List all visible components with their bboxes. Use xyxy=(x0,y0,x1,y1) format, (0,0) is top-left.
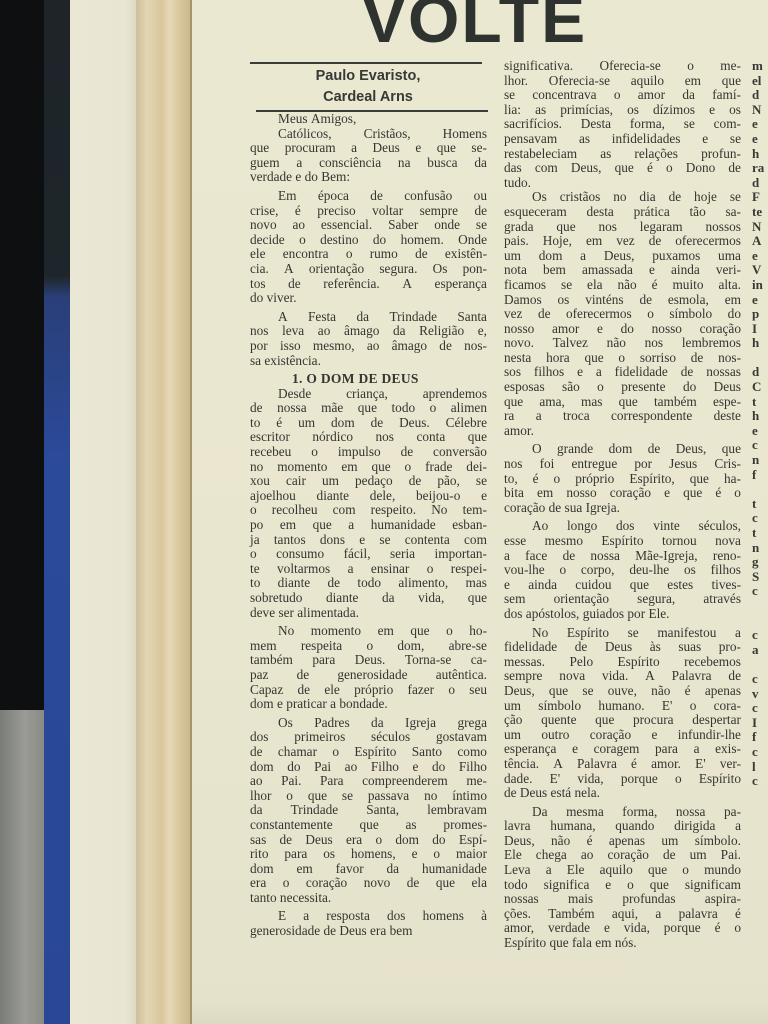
text-line: escritornórdiconoscontaque xyxy=(250,430,487,445)
text-line: eleencontraorumodeexistên- xyxy=(250,247,487,262)
text-line: verdade e do Bem: xyxy=(250,170,487,185)
edge-letter xyxy=(752,832,768,847)
edge-letter: c xyxy=(752,672,768,687)
paragraph: Damesmaforma,nossapa-lavrahumana,quandod… xyxy=(504,805,741,951)
text-line: Deus,nãoéapenasumsímbolo. xyxy=(504,834,741,849)
text-line: semprenovavida.APalavrade xyxy=(504,669,741,684)
text-line: poemqueahumanidadeesban- xyxy=(250,518,487,533)
paragraph: NoEspíritosemanifestouafidelidadedeDeusà… xyxy=(504,626,741,801)
paragraph: significativa.Oferecia-seome-lhor.Oferec… xyxy=(504,59,741,190)
text-line: tevoltarmosaensinarorespei- xyxy=(250,562,487,577)
headline-fragment: VOLTE xyxy=(362,0,587,52)
text-line: messas.PeloEspíritorecebemos xyxy=(504,655,741,670)
text-line: bitaemnossocoraçãoequeéo xyxy=(504,486,741,501)
text-line: umdomaDeus,puxamosuma xyxy=(504,249,741,264)
edge-letter: t xyxy=(752,526,768,541)
text-line: lia:asprimícias,osdízimoseos xyxy=(504,103,741,118)
edge-letter xyxy=(752,599,768,614)
text-line: Oscristãosnodiadehojese xyxy=(504,190,741,205)
adjacent-column-fragment: meldNeehradFteNAeVinepIhdCthecnftctngScc… xyxy=(752,59,768,847)
text-line: vou-lheocorpo,deu-lheosfilhos xyxy=(504,563,741,578)
edge-letter: F xyxy=(752,190,768,205)
text-line: pais.Hoje,emvezdeoferecermos xyxy=(504,234,741,249)
text-line: Deus,queseouve,nãoéapenas xyxy=(504,684,741,699)
edge-letter: A xyxy=(752,234,768,249)
paragraph: Earespostadoshomensàgenerosidade de Deus… xyxy=(250,909,487,938)
text-line: decideodestinodohomem.Onde xyxy=(250,233,487,248)
byline-title: Cardeal Arns xyxy=(248,88,488,106)
edge-letter: in xyxy=(752,278,768,293)
text-line: Emépocadeconfusãoou xyxy=(250,189,487,204)
paragraph: OsPadresdaIgrejagregadosprimeirosséculos… xyxy=(250,716,487,906)
paragraph: Nomomentoemqueoho-memrespeitaodom,abre-s… xyxy=(250,624,487,712)
edge-letter: e xyxy=(752,249,768,264)
text-line: lhor.Oferecia-seaquiloemque xyxy=(504,74,741,89)
text-line: umsímbolohumano.E'ocora- xyxy=(504,699,741,714)
text-line: todiantedetodoalimento,mas xyxy=(250,576,487,591)
text-line: memrespeitaodom,abre-se xyxy=(250,639,487,654)
edge-letter: V xyxy=(752,263,768,278)
text-line: queama,masquetambémespe- xyxy=(504,395,741,410)
text-line: NoEspíritosemanifestoua xyxy=(504,626,741,641)
text-line: aoPai.Paracompreenderemme- xyxy=(250,774,487,789)
edge-letter: N xyxy=(752,220,768,235)
text-line: OgrandedomdeDeus,que xyxy=(504,442,741,457)
text-line: tambémparaDeus.Torna-seca- xyxy=(250,653,487,668)
edge-letter: c xyxy=(752,438,768,453)
edge-letter: v xyxy=(752,687,768,702)
text-line: dechamaroEspíritoSantocomo xyxy=(250,745,487,760)
text-line: domdoPaiaoFilhoedoFilho xyxy=(250,760,487,775)
text-line: Damesmaforma,nossapa- xyxy=(504,805,741,820)
edge-letter: e xyxy=(752,132,768,147)
text-line: de Deus está nela. xyxy=(504,786,741,801)
edge-letter xyxy=(752,803,768,818)
text-line: coração de sua Igreja. xyxy=(504,501,741,516)
text-line: pazdegenerosidadeautêntica. xyxy=(250,668,487,683)
text-line: deve ser alimentada. xyxy=(250,606,487,621)
text-line: toéumdomdeDeus.Célebre xyxy=(250,416,487,431)
text-line: daTrindadeSanta,lembravam xyxy=(250,803,487,818)
text-line: umoutrocoraçãoeinfundir-lhe xyxy=(504,728,741,743)
edge-letter xyxy=(752,482,768,497)
text-line: Espírito que fala em nós. xyxy=(504,936,741,951)
text-line: generosidade de Deus era bem xyxy=(250,924,487,939)
text-line: Desdecriança,aprendemos xyxy=(250,387,487,402)
edge-letter: el xyxy=(752,74,768,89)
text-line: noslevaaoâmagodaReligiãoe, xyxy=(250,324,487,339)
byline-box: Paulo Evaristo, Cardeal Arns xyxy=(248,62,488,112)
byline-rule-top xyxy=(250,62,482,64)
text-line: eaindacuidouqueestestives- xyxy=(504,578,741,593)
paragraph: Oscristãosnodiadehojeseesqueceramdestapr… xyxy=(504,190,741,438)
text-line: ritoparaoshomens,eomaior xyxy=(250,847,487,862)
edge-letter: t xyxy=(752,497,768,512)
text-line: queprocuramaDeusequese- xyxy=(250,141,487,156)
edge-letter: S xyxy=(752,570,768,585)
paragraph: Emépocadeconfusãooucrise,éprecisovoltars… xyxy=(250,189,487,306)
edge-letter xyxy=(752,351,768,366)
text-line: novoaoessencial.Saberondese xyxy=(250,218,487,233)
text-line: novo.Talveznãonoslembremos xyxy=(504,336,741,351)
text-line: nosfoientregueporJesusCris- xyxy=(504,457,741,472)
text-line: LevaaEleaquiloqueomundo xyxy=(504,863,741,878)
page-edge xyxy=(70,0,140,1024)
text-line: significativa.Oferecia-seome- xyxy=(504,59,741,74)
edge-letter: I xyxy=(752,322,768,337)
edge-letter: c xyxy=(752,511,768,526)
text-line: Damososvinténsdeesmola,em xyxy=(504,293,741,308)
text-line: esqueceramdestapráticatãosa- xyxy=(504,205,741,220)
edge-letter: te xyxy=(752,205,768,220)
paragraph: Aolongodosvinteséculos,essemesmoEspírito… xyxy=(504,519,741,621)
text-line: recebeuoimpulsodeconversão xyxy=(250,445,487,460)
text-line: sacrifícios.Destaforma,secom- xyxy=(504,117,741,132)
dark-background xyxy=(0,0,46,720)
paragraph: Desdecriança,aprendemosdenossamãequetodo… xyxy=(250,387,487,621)
edge-letter: t xyxy=(752,395,768,410)
edge-letter: c xyxy=(752,584,768,599)
text-line: cia.Aorientaçãosegura.Ospon- xyxy=(250,262,487,277)
edge-letter: l xyxy=(752,760,768,775)
text-line: dascomDeus,queéoDonode xyxy=(504,161,741,176)
text-line: nestahoraqueosorrisodenos- xyxy=(504,351,741,366)
text-line: Capazdeeleprópriofazeroseu xyxy=(250,683,487,698)
edge-letter: e xyxy=(752,293,768,308)
text-line: raatrocacorrespondentedeste xyxy=(504,409,741,424)
edge-letter: N xyxy=(752,103,768,118)
text-line: denossamãequetodooalimen xyxy=(250,401,487,416)
text-line: seconcentravaoamordafamí- xyxy=(504,88,741,103)
text-line: jatantosdonsesecontentacom xyxy=(250,533,487,548)
text-line: domemfavordahumanidade xyxy=(250,862,487,877)
text-line: amor,verdadeevida,porqueéo xyxy=(504,921,741,936)
edge-letter: e xyxy=(752,424,768,439)
text-line: Earespostadoshomensà xyxy=(250,909,487,924)
text-line: sosfilhoseafidelidadedenossas xyxy=(504,365,741,380)
edge-letter: c xyxy=(752,745,768,760)
text-line: afacedenossaMãe-Igreja,reno- xyxy=(504,549,741,564)
text-line: restabeleciamasrelaçõesprofun- xyxy=(504,147,741,162)
text-line: orecolheucomrespeito.Notem- xyxy=(250,503,487,518)
edge-letter: I xyxy=(752,716,768,731)
article-column-left: Meus Amigos,Católicos,Cristãos,Homensque… xyxy=(250,112,487,939)
edge-letter: h xyxy=(752,409,768,424)
text-line: crise,éprecisovoltarsemprede xyxy=(250,204,487,219)
aged-paper-band xyxy=(136,0,192,1024)
article-column-right: significativa.Oferecia-seome-lhor.Oferec… xyxy=(504,59,741,951)
text-line: ElechegaaocoraçãodeumPai. xyxy=(504,848,741,863)
text-line: AFestadaTrindadeSanta xyxy=(250,310,487,325)
edge-letter: d xyxy=(752,176,768,191)
paragraph: Católicos,Cristãos,HomensqueprocuramaDeu… xyxy=(250,127,487,185)
edge-letter: ra xyxy=(752,161,768,176)
text-line: amor. xyxy=(504,424,741,439)
edge-letter xyxy=(752,818,768,833)
text-line: OsPadresdaIgrejagrega xyxy=(250,716,487,731)
text-line: vezdeoferecermososímbolodo xyxy=(504,307,741,322)
text-line: to,éopróprioEspírito,queha- xyxy=(504,472,741,487)
edge-letter: a xyxy=(752,643,768,658)
text-line: dosprimeirosséculosgostavam xyxy=(250,730,487,745)
text-line: Aolongodosvinteséculos, xyxy=(504,519,741,534)
edge-letter: g xyxy=(752,555,768,570)
text-line: essemesmoEspíritotornounova xyxy=(504,534,741,549)
text-line: lavrahumana,quandodirigidaa xyxy=(504,819,741,834)
text-line: pensavamasinfidelidadesese xyxy=(504,132,741,147)
edge-letter: c xyxy=(752,774,768,789)
paragraph: OgrandedomdeDeus,quenosfoientregueporJes… xyxy=(504,442,741,515)
text-line: tanto necessita. xyxy=(250,891,487,906)
edge-letter xyxy=(752,657,768,672)
edge-letter: m xyxy=(752,59,768,74)
edge-letter: C xyxy=(752,380,768,395)
text-line: çãoquentequeprocuradespertar xyxy=(504,713,741,728)
text-line: fidelidadedeDeusàssuaspro- xyxy=(504,640,741,655)
text-line: semorientaçãosegura,através xyxy=(504,592,741,607)
text-line: nossoamoredonossocoração xyxy=(504,322,741,337)
edge-letter: c xyxy=(752,628,768,643)
text-line: constantementequeaspromes- xyxy=(250,818,487,833)
text-line: Meus Amigos, xyxy=(250,112,487,127)
edge-letter xyxy=(752,789,768,804)
text-line: dade.E'vida,porqueoEspírito xyxy=(504,772,741,787)
text-line: porissomesmo,aoâmagodenos- xyxy=(250,339,487,354)
text-line: esposassãoopresentedoDeus xyxy=(504,380,741,395)
edge-letter: n xyxy=(752,541,768,556)
text-line: tência.APalavraéamor.E'ver- xyxy=(504,757,741,772)
text-line: Católicos,Cristãos,Homens xyxy=(250,127,487,142)
text-line: lhoroquesepassavanoíntimo xyxy=(250,789,487,804)
edge-letter: p xyxy=(752,307,768,322)
page-bottom-shade xyxy=(192,1000,768,1024)
text-line: nomomentoemqueofradedei- xyxy=(250,460,487,475)
edge-letter: n xyxy=(752,453,768,468)
text-line: eraocoraçãonovodequeela xyxy=(250,876,487,891)
text-line: xoucairumpedaçodepão,se xyxy=(250,474,487,489)
edge-letter xyxy=(752,614,768,629)
text-line: sobretudodiantedavida,que xyxy=(250,591,487,606)
section-heading: 1. O DOM DE DEUS xyxy=(250,372,487,387)
byline-name: Paulo Evaristo, xyxy=(248,67,488,85)
text-line: ajoelhoudiantedele,beijou-oe xyxy=(250,489,487,504)
text-line: esperançaecoragemparaaexis- xyxy=(504,742,741,757)
text-line: sasdeDeuseraodomdoEspí- xyxy=(250,833,487,848)
edge-letter: f xyxy=(752,468,768,483)
text-line: dom e praticar a bondade. xyxy=(250,697,487,712)
text-line: notabemamassadaeaindaveri- xyxy=(504,263,741,278)
edge-letter: d xyxy=(752,365,768,380)
text-line: ções.Tambémaqui,apalavraé xyxy=(504,907,741,922)
edge-letter: c xyxy=(752,701,768,716)
edge-letter: h xyxy=(752,336,768,351)
text-line: Nomomentoemqueoho- xyxy=(250,624,487,639)
text-line: oconsumofácil,seriaimportan- xyxy=(250,547,487,562)
paragraph: Meus Amigos, xyxy=(250,112,487,127)
edge-letter: f xyxy=(752,730,768,745)
text-line: todosignificaeoquesignificam xyxy=(504,878,741,893)
text-line: tudo. xyxy=(504,176,741,191)
text-line: dos apóstolos, guiados por Ele. xyxy=(504,607,741,622)
text-line: sa existência. xyxy=(250,354,487,369)
text-line: ficamosseelanãoémuitoalta. xyxy=(504,278,741,293)
edge-letter: h xyxy=(752,147,768,162)
text-line: nossasmaisprofundasaspira- xyxy=(504,892,741,907)
text-line: tosdereferência.Aesperança xyxy=(250,277,487,292)
text-line: guemaconsciêncianabuscada xyxy=(250,156,487,171)
edge-letter: e xyxy=(752,117,768,132)
text-line: do viver. xyxy=(250,291,487,306)
paragraph: AFestadaTrindadeSantanoslevaaoâmagodaRel… xyxy=(250,310,487,368)
edge-letter: d xyxy=(752,88,768,103)
text-line: gradaquenoslegaramnossos xyxy=(504,220,741,235)
